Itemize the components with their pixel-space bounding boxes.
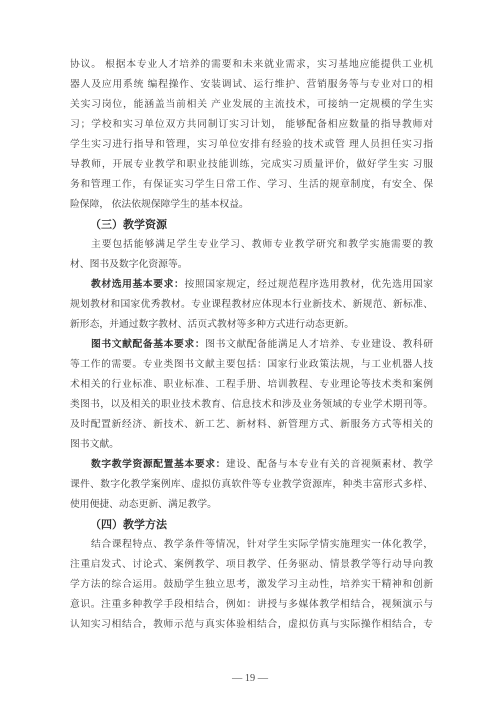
text-line: 主要包括能够满足学生专业学习、教师专业教学研究和教学实施需要的教 bbox=[70, 235, 433, 255]
text-line: 认知实习相结合，教师示范与真实体验相结合，虚拟仿真与实际操作相结合，专 bbox=[70, 615, 433, 635]
text-line: 等工作的需要。专业类图书文献主要包括：国家行业政策法规，与工业机器人技 bbox=[70, 355, 433, 375]
text-line: 课件、数字化教学案例库、虚拟仿真软件等专业教学资源库，种类丰富形式多样、 bbox=[70, 475, 433, 495]
line-text: 建设、配备与本专业有关的音视频素材、教学 bbox=[226, 459, 433, 470]
section-heading: （四）教学方法 bbox=[70, 515, 433, 535]
text-line: 学生实习进行指导和管理，实习单位安排有经验的技术或管 理人员担任实习指 bbox=[70, 135, 433, 155]
text-line: 图书文献配备基本要求：图书文献配备能满足人才培养、专业建设、教科研 bbox=[70, 335, 433, 355]
text-line: 材、图书及数字化资源等。 bbox=[70, 255, 433, 275]
text-line: 规划教材和国家优秀教材。专业课程教材应体现本行业新技术、新规范、新标准、 bbox=[70, 295, 433, 315]
text-line: 关实习岗位，能涵盖当前相关 产业发展的主流技术，可接纳一定规模的学生实 bbox=[70, 95, 433, 115]
bold-lead: 教材选用基本要求： bbox=[91, 279, 184, 290]
text-line: 学方法的综合运用。鼓励学生独立思考，激发学习主动性，培养实干精神和创新 bbox=[70, 575, 433, 595]
bold-lead: 数字教学资源配置基本要求： bbox=[91, 459, 226, 470]
text-line: 教材选用基本要求：按照国家规定，经过规范程序选用教材，优先选用国家 bbox=[70, 275, 433, 295]
text-line: 务和管理工作，有保证实习学生日常工作、学习、生活的规章制度，有安全、保 bbox=[70, 175, 433, 195]
text-line: 使用便捷、动态更新、满足教学。 bbox=[70, 495, 433, 515]
line-text: 图书文献配备能满足人才培养、专业建设、教科研 bbox=[205, 339, 433, 350]
text-line: 习；学校和实习单位双方共同制订实习计划， 能够配备相应数量的指导教师对 bbox=[70, 115, 433, 135]
text-line: 类图书，以及相关的职业技术教育、信息技术和涉及业务领域的专业学术期刊等。 bbox=[70, 395, 433, 415]
text-line: 新形态，并通过数字教材、活页式教材等多种方式进行动态更新。 bbox=[70, 315, 433, 335]
section-heading: （三）教学资源 bbox=[70, 215, 433, 235]
text-line: 及时配置新经济、新技术、新工艺、新材料、新管理方式、新服务方式等相关的 bbox=[70, 415, 433, 435]
line-text: 按照国家规定，经过规范程序选用教材，优先选用国家 bbox=[184, 279, 433, 290]
text-line: 器人及应用系统 编程操作、安装调试、运行维护、营销服务等与专业对口的相 bbox=[70, 75, 433, 95]
page-number: — 19 — bbox=[0, 671, 500, 687]
text-line: 术相关的行业标准、职业标准、工程手册、培训教程、专业理论等技术类和案例 bbox=[70, 375, 433, 395]
document-content: 协议。 根据本专业人才培养的需要和未来就业需求，实习基地应能提供工业机器人及应用… bbox=[70, 55, 433, 635]
text-line: 结合课程特点、教学条件等情况，针对学生实际学情实施理实一体化教学， bbox=[70, 535, 433, 555]
text-line: 图书文献。 bbox=[70, 435, 433, 455]
text-line: 注重启发式、讨论式、案例教学、项目教学、任务驱动、情景教学等行动导向教 bbox=[70, 555, 433, 575]
bold-lead: 图书文献配备基本要求： bbox=[91, 339, 205, 350]
text-line: 意识。注重多种教学手段相结合，例如：讲授与多媒体教学相结合，视频演示与 bbox=[70, 595, 433, 615]
text-line: 数字教学资源配置基本要求：建设、配备与本专业有关的音视频素材、教学 bbox=[70, 455, 433, 475]
text-line: 导教师，开展专业教学和职业技能训练，完成实习质量评价，做好学生实 习服 bbox=[70, 155, 433, 175]
text-line: 协议。 根据本专业人才培养的需要和未来就业需求，实习基地应能提供工业机 bbox=[70, 55, 433, 75]
document-page: 协议。 根据本专业人才培养的需要和未来就业需求，实习基地应能提供工业机器人及应用… bbox=[0, 0, 500, 707]
text-line: 险保障， 依法依规保障学生的基本权益。 bbox=[70, 195, 433, 215]
